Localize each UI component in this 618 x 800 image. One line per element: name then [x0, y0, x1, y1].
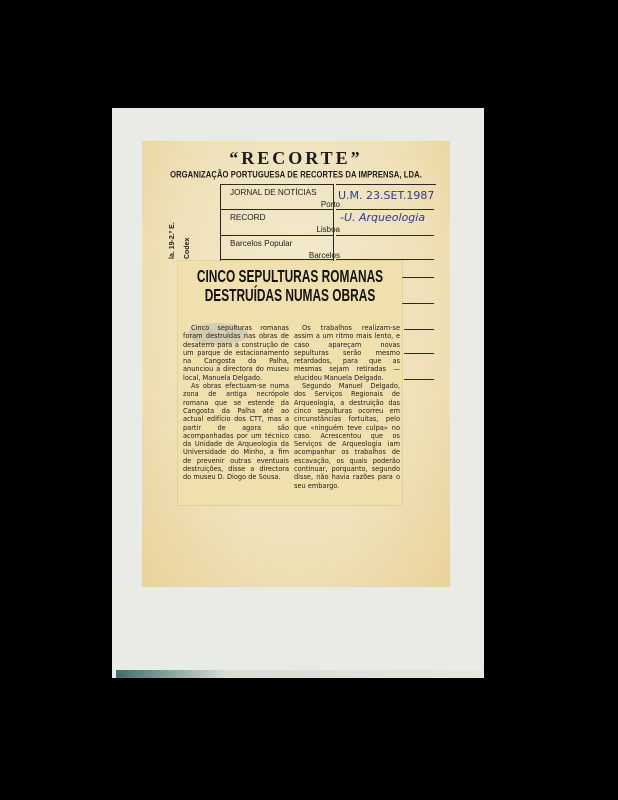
address-fragment: la. 19-2.º E.	[169, 222, 176, 259]
paragraph: Cinco sepulturas romanas foram destruída…	[183, 324, 289, 382]
publication-record: RECORD Lisboa	[230, 213, 340, 234]
handwritten-department-note: -U. Arqueologia	[340, 211, 425, 224]
agency-organization: ORGANIZAÇÃO PORTUGUESA DE RECORTES DA IM…	[142, 169, 450, 180]
form-rule	[402, 277, 434, 278]
form-rule	[336, 209, 434, 210]
paragraph: Segundo Manuel Delgado, dos Serviços Reg…	[294, 382, 400, 490]
publication-city: Barcelos	[230, 251, 340, 260]
form-rule	[336, 184, 436, 185]
article-column-right: Os trabalhos realizam-se assim a um ritm…	[294, 324, 400, 490]
paragraph: As obras efectuam-se numa zona de antiga…	[183, 382, 289, 482]
form-rule	[404, 379, 434, 380]
publication-name: JORNAL DE NOTÍCIAS	[230, 188, 317, 197]
sheet-edge-shadow	[116, 670, 484, 678]
form-rule	[220, 184, 221, 264]
publication-barcelos-popular: Barcelos Popular Barcelos	[230, 239, 340, 260]
newspaper-article-clipping: CINCO SEPULTURAS ROMANAS DESTRUÍDAS NUMA…	[178, 261, 402, 505]
form-rule	[404, 329, 434, 330]
form-rule	[336, 259, 434, 260]
form-rule	[220, 184, 334, 185]
agency-brand: “RECORTE”	[142, 148, 450, 169]
publication-city: Porto	[230, 200, 340, 209]
form-rule	[402, 303, 434, 304]
publication-jornal-de-noticias: JORNAL DE NOTÍCIAS Porto	[230, 188, 340, 209]
form-rule	[336, 235, 434, 236]
headline-line-2: DESTRUÍDAS NUMAS OBRAS	[178, 286, 402, 305]
publication-city: Lisboa	[230, 225, 340, 234]
form-rule	[220, 209, 334, 210]
article-headline: CINCO SEPULTURAS ROMANAS DESTRUÍDAS NUMA…	[178, 267, 402, 305]
form-rule	[404, 353, 434, 354]
publication-name: RECORD	[230, 213, 265, 222]
publication-name: Barcelos Popular	[230, 239, 292, 248]
handwritten-date-note: U.M. 23.SET.1987	[338, 189, 434, 202]
headline-line-1: CINCO SEPULTURAS ROMANAS	[178, 267, 402, 286]
form-rule	[220, 235, 334, 236]
paragraph: Os trabalhos realizam-se assim a um ritm…	[294, 324, 400, 382]
address-codex: Codex	[184, 238, 191, 259]
article-column-left: Cinco sepulturas romanas foram destruída…	[183, 324, 289, 482]
